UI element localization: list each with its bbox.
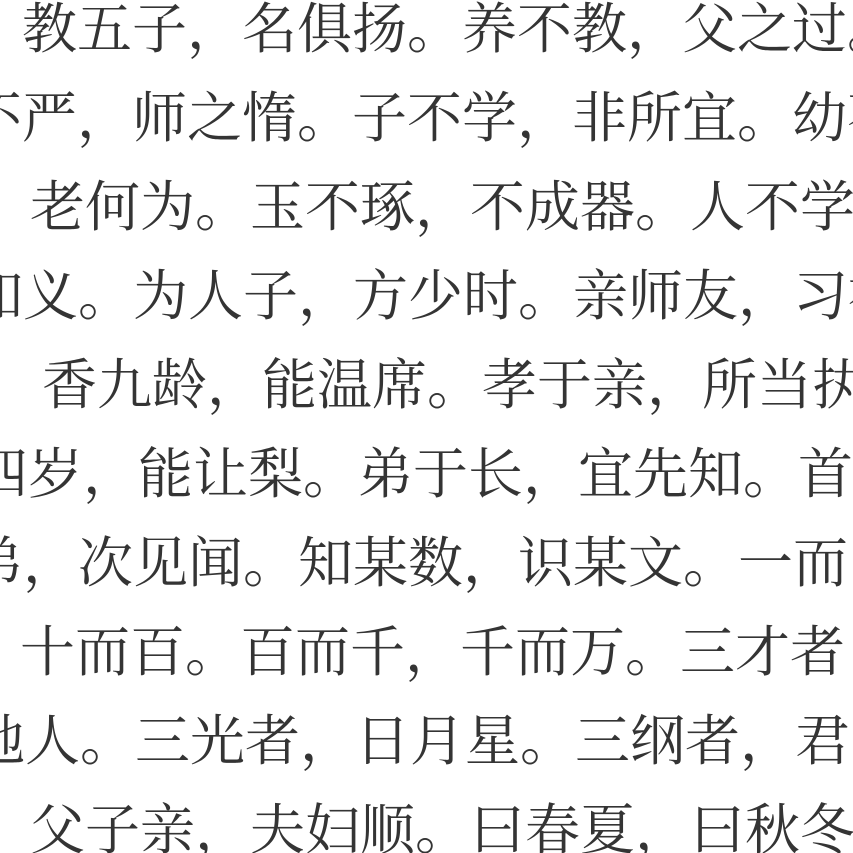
text-line: 老何为。玉不琢，不成器。人不学 [30,180,853,235]
text-line: 香九龄，能温席。孝于亲，所当执。 [42,358,853,413]
text-line: 地人。三光者，日月星。三纲者，君 [0,714,850,769]
text-line: 知义。为人子，方少时。亲师友，习礼 [0,269,853,324]
text-line: 四岁，能让梨。弟于长，宜先知。首 [0,447,853,502]
page-viewport: 教五子，名俱扬。养不教，父之过。不严，师之惰。子不学，非所宜。幼不老何为。玉不琢… [0,0,853,853]
text-line: 教五子，名俱扬。养不教，父之过。 [22,2,853,57]
text-line: 父子亲，夫妇顺。曰春夏，曰秋冬。 [30,803,853,853]
text-line: 十而百。百而千，千而万。三才者 [20,625,845,680]
text-line: 弟，次见闻。知某数，识某文。一而 [0,536,848,591]
text-line: 不严，师之惰。子不学，非所宜。幼不 [0,91,853,146]
